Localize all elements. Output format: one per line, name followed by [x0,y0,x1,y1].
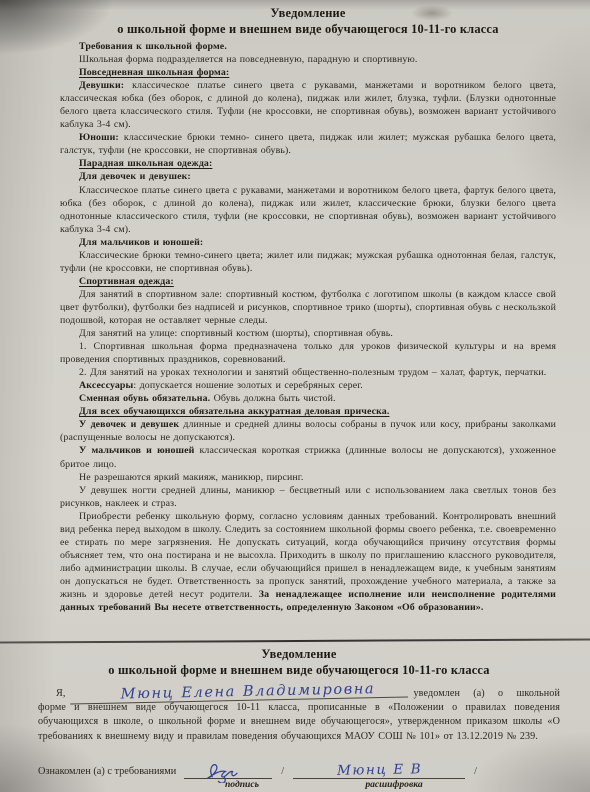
notice-bottom-slip: Уведомление о школьной форме и внешнем в… [38,646,560,792]
notice-title: Уведомление [60,5,556,21]
paragraph: У девочек и девушек длинные и средней дл… [60,418,556,444]
confirm-label: Ознакомлен (а) с требованиями [38,766,176,779]
text-segment: : допускается ношение золотых и серебрян… [133,380,362,391]
paragraph: Для занятий на улице: спортивный костюм … [60,327,556,340]
label-signature: подпись [225,779,259,790]
paragraph: Для всех обучающихся обязательна аккурат… [60,405,556,418]
cut-divider-line [0,638,590,643]
text-segment: У мальчиков и юношей [79,445,194,456]
text-segment: У девочек и девушек [79,419,179,430]
notice-top: Уведомление о школьной форме и внешнем в… [60,5,556,638]
text-segment: Классическое платье синего цвета с рукав… [60,185,556,235]
text-segment: классическое платье синего цвета с рукав… [60,80,556,130]
paragraph: Девушки: классическое платье синего цвет… [60,79,556,131]
paragraph: Классические брюки темно-синего цвета; ж… [60,249,556,275]
text-segment: 1. Спортивная школьная форма предназначе… [60,341,556,365]
handwritten-decipher: Мюнц Е В [336,762,421,778]
notice-subtitle: о школьной форме и внешнем виде обучающе… [60,21,556,37]
text-segment: Парадная школьная одежда: [79,158,212,169]
signature-field [184,760,272,779]
paragraph: Для девочек и девушек: [60,170,556,183]
paragraph: Спортивная одежда: [60,275,556,288]
text-segment: Юноши: [79,132,119,143]
text-segment: Для девочек и девушек: [79,171,191,182]
text-segment: Спортивная одежда: [79,276,174,287]
text-segment: Классические брюки темно-синего цвета; ж… [60,250,556,274]
paragraph: Школьная форма подразделяется на повседн… [60,53,556,66]
document-page: Уведомление о школьной форме и внешнем в… [0,0,590,792]
paragraph: Для мальчиков и юношей: [60,236,556,249]
paragraph: Повседневная школьная форма: [60,66,556,79]
decipher-field: Мюнц Е В [293,760,465,779]
text-segment: Повседневная школьная форма: [79,67,229,78]
paragraph: 2. Для занятий на уроках технологии и за… [60,366,556,379]
text-segment: Не разрешаются яркий макияж, маникюр, пи… [79,472,303,483]
slip-subtitle: о школьной форме и внешнем виде обучающе… [38,662,560,678]
paragraph: Не разрешаются яркий макияж, маникюр, пи… [60,471,556,484]
signature-row: Ознакомлен (а) с требованиями / Мюнц Е В… [38,760,560,779]
slip-title: Уведомление [38,646,560,662]
text-segment: У девушек ногти средней длины, маникюр –… [60,485,556,509]
text-segment: Приобрести ребенку школьную форму, согла… [60,511,556,600]
text-segment: Обувь должна быть чистой. [210,393,335,404]
paragraph: У девушек ногти средней длины, маникюр –… [60,484,556,510]
paragraph: Требования к школьной форме. [60,40,556,53]
acknowledgement-paragraph: Я,Мюнц Елена Владимировнауведомлен (а) о… [38,687,560,744]
paragraph: Приобрести ребенку школьную форму, согла… [60,510,556,614]
signature-labels: подпись расшифровка [38,779,560,792]
notice-body: Требования к школьной форме.Школьная фор… [60,40,556,614]
text-segment: 2. Для занятий на уроках технологии и за… [79,367,546,378]
text-segment: Школьная форма подразделяется на повседн… [79,54,418,65]
paragraph: Сменная обувь обязательна. Обувь должна … [60,392,556,405]
slash: / [281,766,284,779]
text-segment: Для занятий на улице: спортивный костюм … [79,328,393,339]
text-segment: Сменная обувь обязательна. [79,393,210,404]
paragraph: 1. Спортивная школьная форма предназначе… [60,340,556,366]
text-segment: Требования к школьной форме. [79,41,227,52]
paragraph: Парадная школьная одежда: [60,157,556,170]
paragraph: Классическое платье синего цвета с рукав… [60,184,556,236]
text-segment: Девушки: [79,80,124,91]
paragraph: Аксессуары: допускается ношение золотых … [60,379,556,392]
text-segment: Для мальчиков и юношей: [79,237,203,248]
paragraph: У мальчиков и юношей классическая коротк… [60,444,556,470]
text-segment: Для занятий в спортивном зале: спортивны… [60,289,556,326]
paragraph: Для занятий в спортивном зале: спортивны… [60,288,556,327]
ack-prefix: Я, [56,688,66,699]
text-segment: классические брюки темно- синего цвета, … [60,132,556,156]
label-decipher: расшифровка [365,779,422,790]
paragraph: Юноши: классические брюки темно- синего … [60,131,556,157]
slash: / [474,766,477,779]
text-segment: Для всех обучающихся обязательна аккурат… [79,406,389,417]
text-segment: Аксессуары [79,380,133,391]
